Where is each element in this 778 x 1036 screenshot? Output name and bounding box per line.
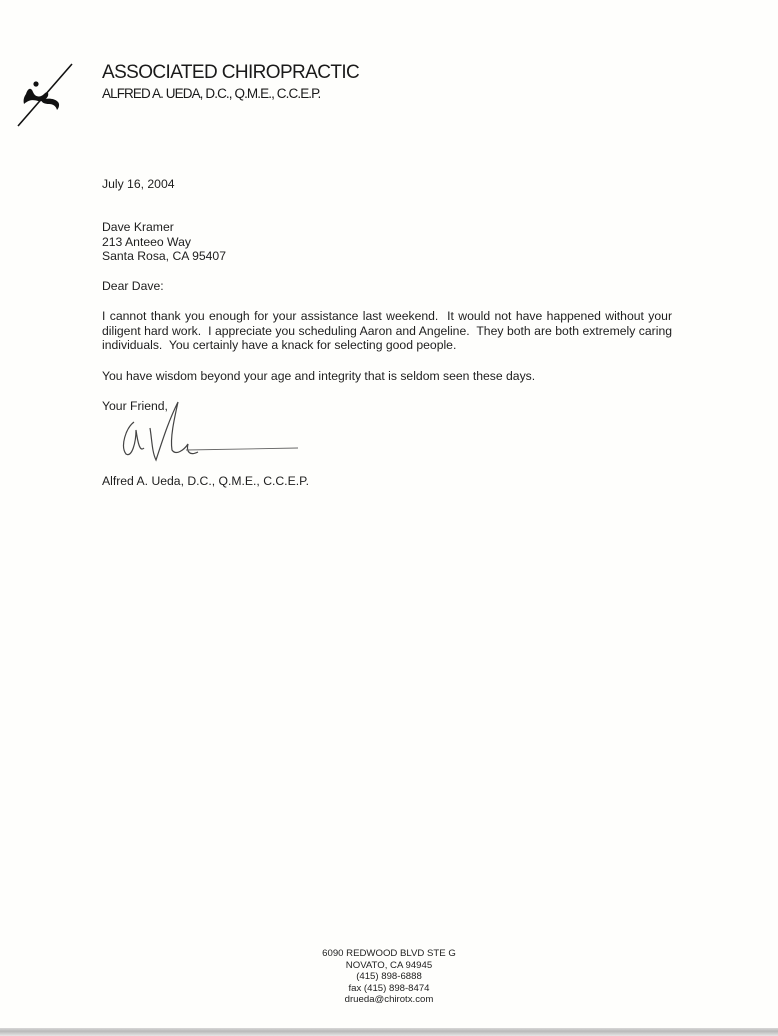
handwritten-signature-icon xyxy=(112,398,302,468)
footer-fax: fax (415) 898-8474 xyxy=(0,983,778,995)
letterhead-footer: 6090 REDWOOD BLVD STE G NOVATO, CA 94945… xyxy=(0,948,778,1006)
letter-date: July 16, 2004 xyxy=(102,177,175,192)
running-figure-logo-icon xyxy=(14,60,78,128)
footer-phone: (415) 898-6888 xyxy=(0,971,778,983)
recipient-city-state-zip: Santa Rosa, CA 95407 xyxy=(102,249,226,264)
salutation: Dear Dave: xyxy=(102,279,164,294)
body-paragraph: You have wisdom beyond your age and inte… xyxy=(102,369,535,384)
footer-street: 6090 REDWOOD BLVD STE G xyxy=(0,948,778,960)
recipient-street: 213 Anteeo Way xyxy=(102,235,226,250)
practice-name: ASSOCIATED CHIROPRACTIC xyxy=(102,62,359,84)
footer-email: drueda@chirotx.com xyxy=(0,994,778,1006)
letter-page: ASSOCIATED CHIROPRACTIC ALFRED A. UEDA, … xyxy=(0,0,778,1028)
footer-city-state-zip: NOVATO, CA 94945 xyxy=(0,960,778,972)
page-bottom-edge xyxy=(0,1028,778,1036)
body-paragraph: I cannot thank you enough for your assis… xyxy=(102,309,672,353)
doctor-credentials: ALFRED A. UEDA, D.C., Q.M.E., C.C.E.P. xyxy=(102,86,320,101)
recipient-name: Dave Kramer xyxy=(102,220,226,235)
signer-name: Alfred A. Ueda, D.C., Q.M.E., C.C.E.P. xyxy=(102,474,309,489)
recipient-address: Dave Kramer 213 Anteeo Way Santa Rosa, C… xyxy=(102,220,226,264)
